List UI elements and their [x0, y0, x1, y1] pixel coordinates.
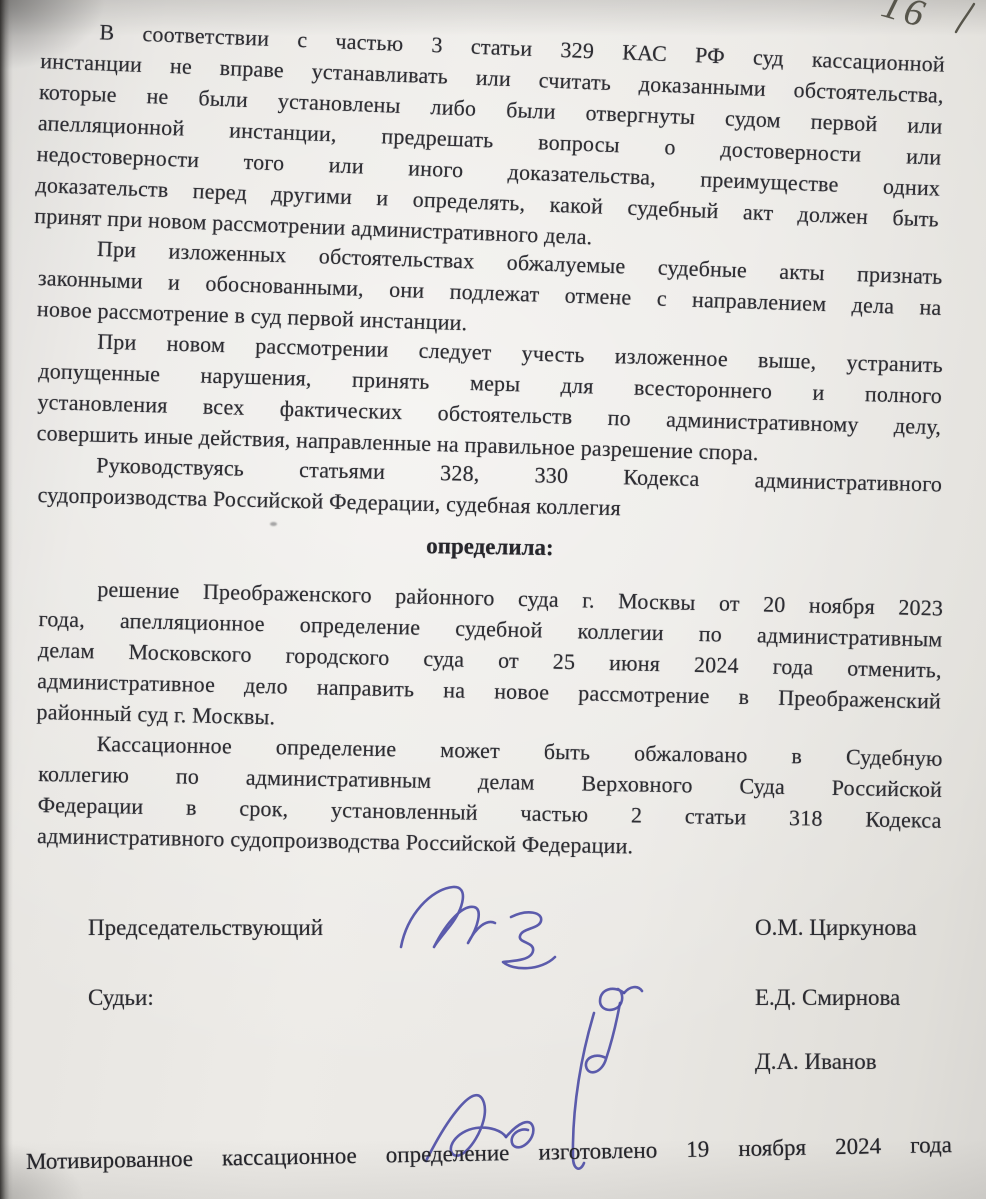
signature-tsirkunova — [395, 881, 605, 981]
page-left-edge-shadow — [0, 0, 13, 1199]
paragraph: Кассационное определение может быть обжа… — [37, 727, 943, 867]
document-body: В соответствии с частью 3 статьи 329 КАС… — [38, 14, 942, 851]
judge1-name: Е.Д. Смирнова — [755, 985, 900, 1011]
document-text: В соответствии с частью 3 статьи 329 КАС… — [38, 14, 942, 1199]
judge2-name: Д.А. Иванов — [755, 1049, 877, 1075]
presiding-name: О.М. Циркунова — [755, 915, 917, 941]
presiding-label: Председательствующий — [88, 915, 323, 941]
judges-label: Судьи: — [88, 985, 154, 1011]
handwritten-tick-stroke — [952, 2, 978, 36]
paragraph: В соответствии с частью 3 статьи 329 КАС… — [34, 14, 946, 266]
paragraph: решение Преображенского районного суда г… — [36, 572, 943, 747]
scanned-document-page: 16 В соответствии с частью 3 статьи 329 … — [0, 0, 986, 1199]
ruling-heading: определила: — [38, 524, 942, 570]
